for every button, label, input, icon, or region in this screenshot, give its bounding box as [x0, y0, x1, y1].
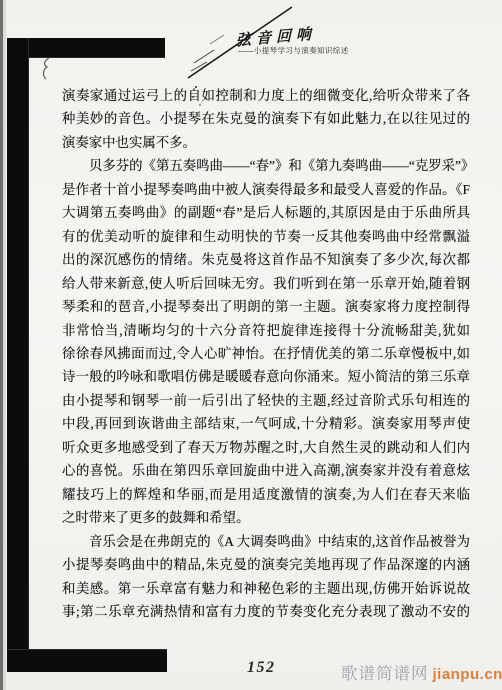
text-line: 小提琴奏鸣曲中的精品,朱克曼的演奏完美地再现了作品深邃的内涵: [62, 553, 470, 576]
text-line: 琴柔和的琶音,小提琴奏出了明朗的第一主题。演奏家将力度控制得: [62, 295, 470, 318]
text-line: 给人带来新意,使人听后回味无穷。我们听到在第一乐章开始,随着钢: [62, 272, 470, 295]
text-line: 大调第五奏鸣曲》的副题“春”是后人标题的,其原因是由于乐曲所具: [62, 201, 470, 224]
text-line: 演奏家中也实属不多。: [62, 131, 470, 154]
watermark-site-name: 歌谱简谱网: [341, 664, 429, 683]
corner-frame-bottom-bar: [7, 650, 167, 672]
text-line: 心的喜悦。乐曲在第四乐章回旋曲中进入高潮,演奏家并没有着意炫: [62, 459, 470, 482]
site-watermark: 歌谱简谱网 jianpu.cn: [341, 660, 502, 684]
text-line-paragraph-start: 音乐会是在弗朗克的《A 大调奏鸣曲》中结束的,这首作品被誉为: [62, 530, 470, 553]
text-line: 有的优美动听的旋律和生动明快的节奏一反其他奏鸣曲中经常飘溢: [62, 225, 470, 248]
corner-frame-top-bar: [7, 38, 165, 57]
text-line: 是作者十首小提琴奏鸣曲中被人演奏得最多和最受人喜爱的作品。《F: [62, 178, 470, 201]
text-line: 演奏家通过运弓上的自如控制和力度上的细微变化,给听众带来了各: [62, 84, 470, 107]
text-line: 和美感。第一乐章富有魅力和神秘色彩的主题出现,仿佛开始诉说故: [62, 577, 470, 600]
watermark-url: jianpu.cn: [433, 666, 502, 683]
text-line: 诗一般的吟咏和歌唱仿佛是暖暖春意向你涌来。短小简洁的第三乐章: [62, 365, 470, 388]
ink-mark-artifact: [40, 56, 54, 82]
text-line: 之时带来了更多的鼓舞和希望。: [62, 506, 470, 529]
corner-frame-left-bar: [7, 38, 28, 672]
text-line: 出的深沉感伤的情绪。朱克曼将这首作品不知演奏了多少次,每次都: [62, 248, 470, 271]
text-line: 非常恰当,清晰均匀的十六分音符把旋律连接得十分流畅甜美,犹如: [62, 319, 470, 342]
text-line: 中段,再回到诙谐曲主部结束,一气呵成,十分精彩。演奏家用琴声使: [62, 412, 470, 435]
text-line: 听众更多地感受到了春天万物苏醒之时,大自然生灵的跳动和人们内: [62, 436, 470, 459]
book-subtitle: ——小提琴学习与演奏知识综述: [238, 45, 349, 56]
text-line: 种美妙的音色。小提琴在朱克曼的演奏下有如此魅力,在以往见过的: [62, 107, 470, 130]
page-number: 152: [247, 659, 276, 677]
scanned-book-page: 弦音回响 ——小提琴学习与演奏知识综述 演奏家通过运弓上的自如控制和力度上的细微…: [0, 0, 502, 690]
scan-gutter-shadow: [3, 0, 6, 690]
text-line: 徐徐春风拂面而过,令人心旷神怡。在抒情优美的第二乐章慢板中,如: [62, 342, 470, 365]
page-body-text: 演奏家通过运弓上的自如控制和力度上的细微变化,给听众带来了各 种美妙的音色。小提…: [62, 84, 470, 623]
text-line-paragraph-start: 贝多芬的《第五奏鸣曲——“春”》和《第九奏鸣曲——“克罗采”》: [62, 154, 470, 177]
text-line: 事;第二乐章充满热情和富有力度的节奏变化充分表现了激动不安的: [62, 600, 470, 623]
text-line: 耀技巧上的辉煌和华丽,而是用适度激情的演奏,为人们在春天来临: [62, 483, 470, 506]
text-line: 由小提琴和钢琴一前一后引出了轻快的主题,经过音阶式乐句相连的: [62, 389, 470, 412]
